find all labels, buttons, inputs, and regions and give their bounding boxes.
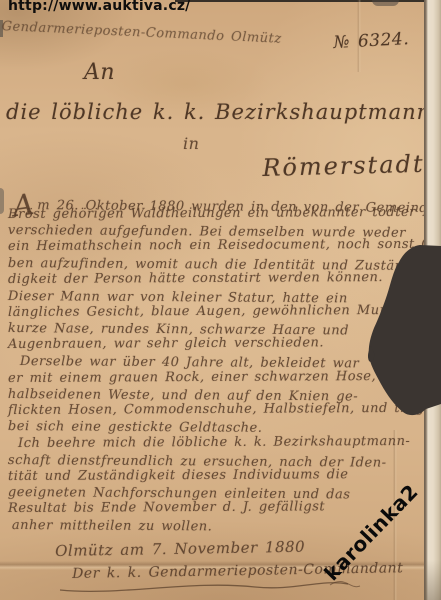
scanned-letter-photo: Gendarmerieposten-Commando Olmütz № 6324…: [0, 0, 441, 600]
watermark-url: http://www.auktiva.cz/: [8, 0, 191, 14]
